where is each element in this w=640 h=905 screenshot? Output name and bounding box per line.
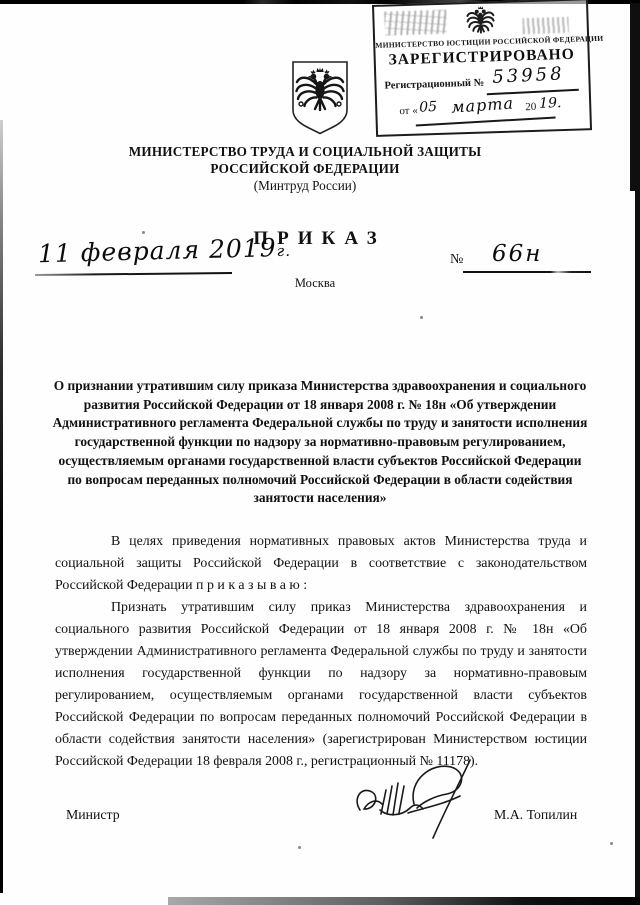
scan-speck <box>142 231 145 234</box>
stamp-reg-number-label: Регистрационный № <box>384 78 484 92</box>
handwritten-order-number: 66н <box>492 241 542 267</box>
order-body: В целях приведения нормативных правовых … <box>55 531 587 773</box>
scan-speck <box>298 846 301 849</box>
body-paragraph-1-text: В целях приведения нормативных правовых … <box>55 534 587 593</box>
body-paragraph-1-spaced: приказываю: <box>196 578 311 593</box>
registration-stamp: МИНИСТЕРСТВО ЮСТИЦИИ РОССИЙСКОЙ ФЕДЕРАЦИ… <box>372 0 592 137</box>
signer-title: Министр <box>66 807 120 823</box>
scan-edge-right-thin <box>635 190 640 905</box>
stamp-eagle-icon <box>463 4 498 37</box>
stamp-date-day: 05 <box>419 99 437 116</box>
handwritten-date-text: 11 февраля 2019 <box>38 233 277 268</box>
signer-name: М.А. Топилин <box>494 807 577 823</box>
stamp-noise-right <box>522 17 568 34</box>
ministry-name-line2: РОССИЙСКОЙ ФЕДЕРАЦИИ <box>0 161 610 178</box>
scan-speck <box>610 842 613 845</box>
order-city: Москва <box>0 276 630 291</box>
minister-signature <box>350 758 502 842</box>
scan-speck <box>420 316 423 319</box>
order-subject: О признании утратившим силу приказа Мини… <box>52 377 588 508</box>
handwritten-date-suffix: г. <box>276 242 291 260</box>
handwritten-order-date: 11 февраля 2019г. <box>38 233 292 269</box>
stamp-date-year-print: 20 <box>525 101 536 113</box>
order-number-underline <box>463 271 591 273</box>
state-emblem-icon <box>288 60 352 136</box>
stamp-reg-number-value: 53958 <box>492 63 565 88</box>
scan-edge-right-thick <box>630 3 640 191</box>
ministry-name-line1: МИНИСТЕРСТВО ТРУДА И СОЦИАЛЬНОЙ ЗАЩИТЫ <box>0 144 610 161</box>
stamp-date-month: марта <box>451 94 515 117</box>
stamp-date-year-hand: 19. <box>539 95 562 112</box>
scan-edge-bottom <box>168 897 640 905</box>
stamp-noise-left <box>384 10 447 36</box>
document-page: МИНИСТЕРСТВО ЮСТИЦИИ РОССИЙСКОЙ ФЕДЕРАЦИ… <box>0 0 640 905</box>
ministry-header: МИНИСТЕРСТВО ТРУДА И СОЦИАЛЬНОЙ ЗАЩИТЫ Р… <box>0 144 610 195</box>
stamp-date-underline <box>416 116 556 126</box>
ministry-short-name: (Минтруд России) <box>0 178 610 195</box>
stamp-date-prefix: от « <box>399 105 418 118</box>
order-number-sign: № <box>450 252 463 268</box>
body-paragraph-2: Признать утратившим силу приказ Министер… <box>55 597 587 773</box>
body-paragraph-1: В целях приведения нормативных правовых … <box>55 531 587 597</box>
